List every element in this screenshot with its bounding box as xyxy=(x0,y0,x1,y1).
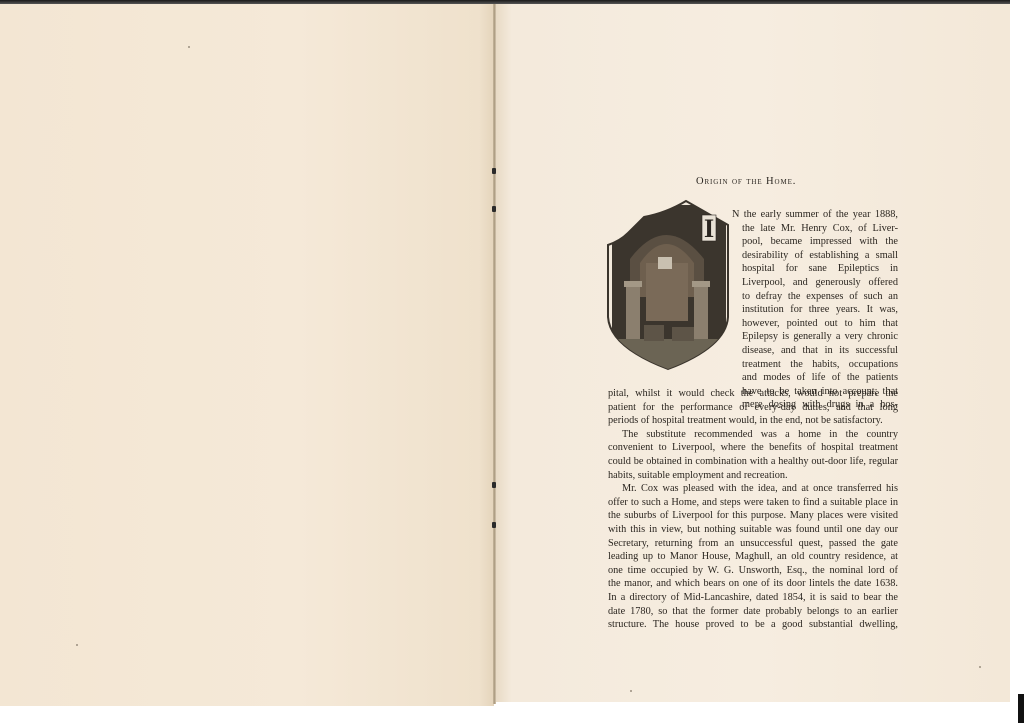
text-line: could be obtained in combination with a … xyxy=(608,455,898,469)
text-line: however, pointed out to him that xyxy=(732,317,898,331)
text-line: hospital for sane Epileptics in xyxy=(732,262,898,276)
text-line: the late Mr. Henry Cox, of Liver- xyxy=(732,222,898,236)
text-line: structure. The house proved to be a good… xyxy=(608,618,898,632)
text-line: pital, whilst it would check the attacks… xyxy=(608,387,898,401)
scan-right-edge xyxy=(1010,4,1024,723)
wrapped-paragraph: N the early summer of the year 1888, the… xyxy=(732,208,898,412)
text-line: pool, became impressed with the xyxy=(732,235,898,249)
text-line: the suburbs of Liverpool for this purpos… xyxy=(608,509,898,523)
text-line: the manor, and which bears on one of its… xyxy=(608,577,898,591)
left-page-blank xyxy=(0,4,494,706)
text-line: offer to such a Home, and steps were tak… xyxy=(608,496,898,510)
text-line: one time occupied by W. G. Unsworth, Esq… xyxy=(608,564,898,578)
text-line: to defray the expenses of such an xyxy=(732,290,898,304)
text-line: date 1780, so that the former date proba… xyxy=(608,605,898,619)
text-line: patient for the performance of every-day… xyxy=(608,401,898,415)
text-line: treatment the habits, occupations xyxy=(732,358,898,372)
text-line: with this in view, but nothing suitable … xyxy=(608,523,898,537)
full-width-paragraphs: pital, whilst it would check the attacks… xyxy=(608,387,898,632)
paper-speck xyxy=(76,644,78,646)
text-line: desirability of establishing a small xyxy=(732,249,898,263)
text-line: leading up to Manor House, Maghull, an o… xyxy=(608,550,898,564)
text-line: convenient to Liverpool, where the benef… xyxy=(608,441,898,455)
drop-cap-letter: I xyxy=(704,214,714,243)
paper-speck xyxy=(630,690,632,692)
page-heading: Origin of the Home. xyxy=(696,176,796,187)
text-line: and modes of life of the patients xyxy=(732,371,898,385)
text-line: The substitute recommended was a home in… xyxy=(608,428,898,442)
shield-illustration: I xyxy=(606,197,730,373)
text-line: Liverpool, and generously offered xyxy=(732,276,898,290)
paper-speck xyxy=(188,46,190,48)
text-line: Secretary, returning from an unsuccessfu… xyxy=(608,537,898,551)
text-line: N the early summer of the year 1888, xyxy=(732,208,898,222)
text-line: Epilepsy is generally a very chronic xyxy=(732,330,898,344)
text-line: Mr. Cox was pleased with the idea, and a… xyxy=(608,482,898,496)
text-line: institution for three years. It was, xyxy=(732,303,898,317)
paper-speck xyxy=(979,666,981,668)
text-line: periods of hospital treatment would, in … xyxy=(608,414,898,428)
text-line: habits, suitable employment and recreati… xyxy=(608,469,898,483)
text-line: disease, and that in its successful xyxy=(732,344,898,358)
text-line: In a directory of Mid-Lancashire, dated … xyxy=(608,591,898,605)
